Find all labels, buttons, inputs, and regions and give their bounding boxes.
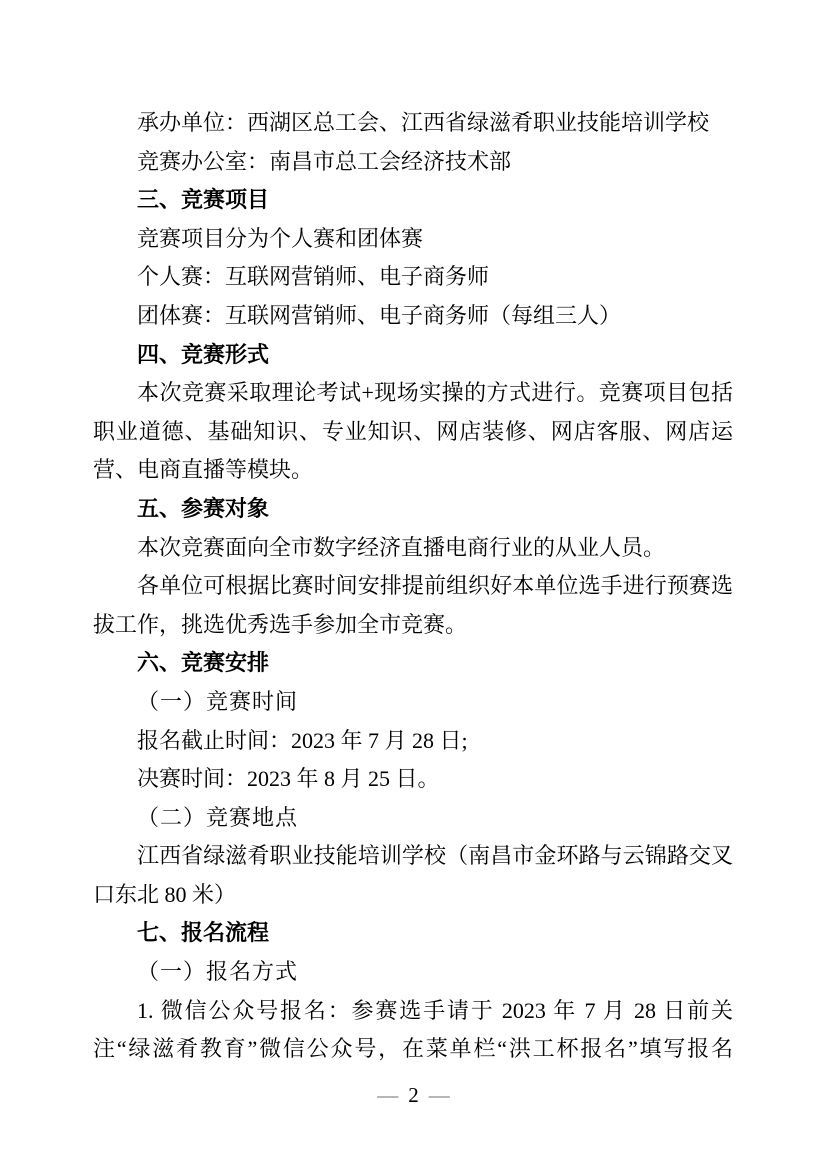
paragraph-final-date: 决赛时间：2023 年 8 月 25 日。 bbox=[93, 760, 733, 799]
page-number-dash-right: — bbox=[419, 1083, 460, 1107]
paragraph-format-details: 本次竞赛采取理论考试+现场实操的方式进行。竞赛项目包括职业道德、基础知识、专业知… bbox=[93, 374, 733, 490]
subheading-schedule-time: （一）竞赛时间 bbox=[93, 683, 733, 722]
page-number-value: 2 bbox=[408, 1083, 419, 1107]
paragraph-organizer: 承办单位：西湖区总工会、江西省绿滋肴职业技能培训学校 bbox=[93, 104, 733, 143]
paragraph-team-event: 团体赛：互联网营销师、电子商务师（每组三人） bbox=[93, 297, 733, 336]
paragraph-individual-event: 个人赛：互联网营销师、电子商务师 bbox=[93, 258, 733, 297]
heading-section-4-format: 四、竞赛形式 bbox=[93, 336, 733, 375]
subheading-registration-method: （一）报名方式 bbox=[93, 953, 733, 992]
heading-section-3-events: 三、竞赛项目 bbox=[93, 181, 733, 220]
heading-section-7-registration: 七、报名流程 bbox=[93, 914, 733, 953]
document-page: 承办单位：西湖区总工会、江西省绿滋肴职业技能培训学校 竞赛办公室：南昌市总工会经… bbox=[0, 0, 827, 1169]
heading-section-6-schedule: 六、竞赛安排 bbox=[93, 644, 733, 683]
paragraph-wechat-registration: 1. 微信公众号报名：参赛选手请于 2023 年 7 月 28 日前关注“绿滋肴… bbox=[93, 992, 733, 1069]
paragraph-event-types: 竞赛项目分为个人赛和团体赛 bbox=[93, 220, 733, 259]
paragraph-venue-address: 江西省绿滋肴职业技能培训学校（南昌市金环路与云锦路交叉口东北 80 米） bbox=[93, 837, 733, 914]
subheading-venue: （二）竞赛地点 bbox=[93, 799, 733, 838]
paragraph-preliminary-selection: 各单位可根据比赛时间安排提前组织好本单位选手进行预赛选拔工作，挑选优秀选手参加全… bbox=[93, 567, 733, 644]
heading-section-5-participants: 五、参赛对象 bbox=[93, 490, 733, 529]
paragraph-registration-deadline: 报名截止时间：2023 年 7 月 28 日; bbox=[93, 722, 733, 761]
paragraph-competition-office: 竞赛办公室：南昌市总工会经济技术部 bbox=[93, 143, 733, 182]
page-number: —2— bbox=[0, 1081, 827, 1109]
page-number-dash-left: — bbox=[367, 1083, 408, 1107]
paragraph-participants-scope: 本次竞赛面向全市数字经济直播电商行业的从业人员。 bbox=[93, 529, 733, 568]
